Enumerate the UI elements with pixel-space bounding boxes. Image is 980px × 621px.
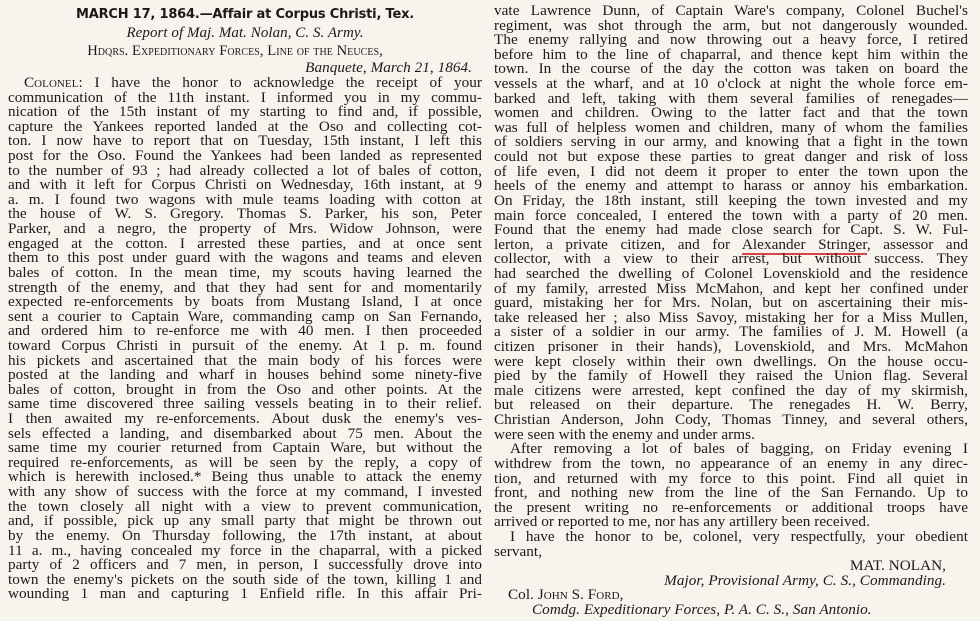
right-column: vate Lawrence Dunn, of Captain Ware's co…: [494, 4, 968, 618]
left-column: MARCH 17, 1864.—Affair at Corpus Christi…: [8, 6, 482, 602]
page-heading: MARCH 17, 1864.—Affair at Corpus Christi…: [8, 6, 482, 24]
addressee-title: Comdg. Expeditionary Forces, P. A. C. S.…: [494, 603, 968, 618]
document-page: MARCH 17, 1864.—Affair at Corpus Christi…: [0, 0, 980, 621]
text-line: wounding 1 man and capturing 1 Enfield r…: [8, 587, 482, 602]
headquarters-line: Hdqrs. Expeditionary Forces, Line of the…: [8, 43, 482, 59]
report-subheading: Report of Maj. Mat. Nolan, C. S. Army.: [8, 24, 482, 43]
text-line: I have the honor to be, colonel, very re…: [494, 530, 968, 545]
